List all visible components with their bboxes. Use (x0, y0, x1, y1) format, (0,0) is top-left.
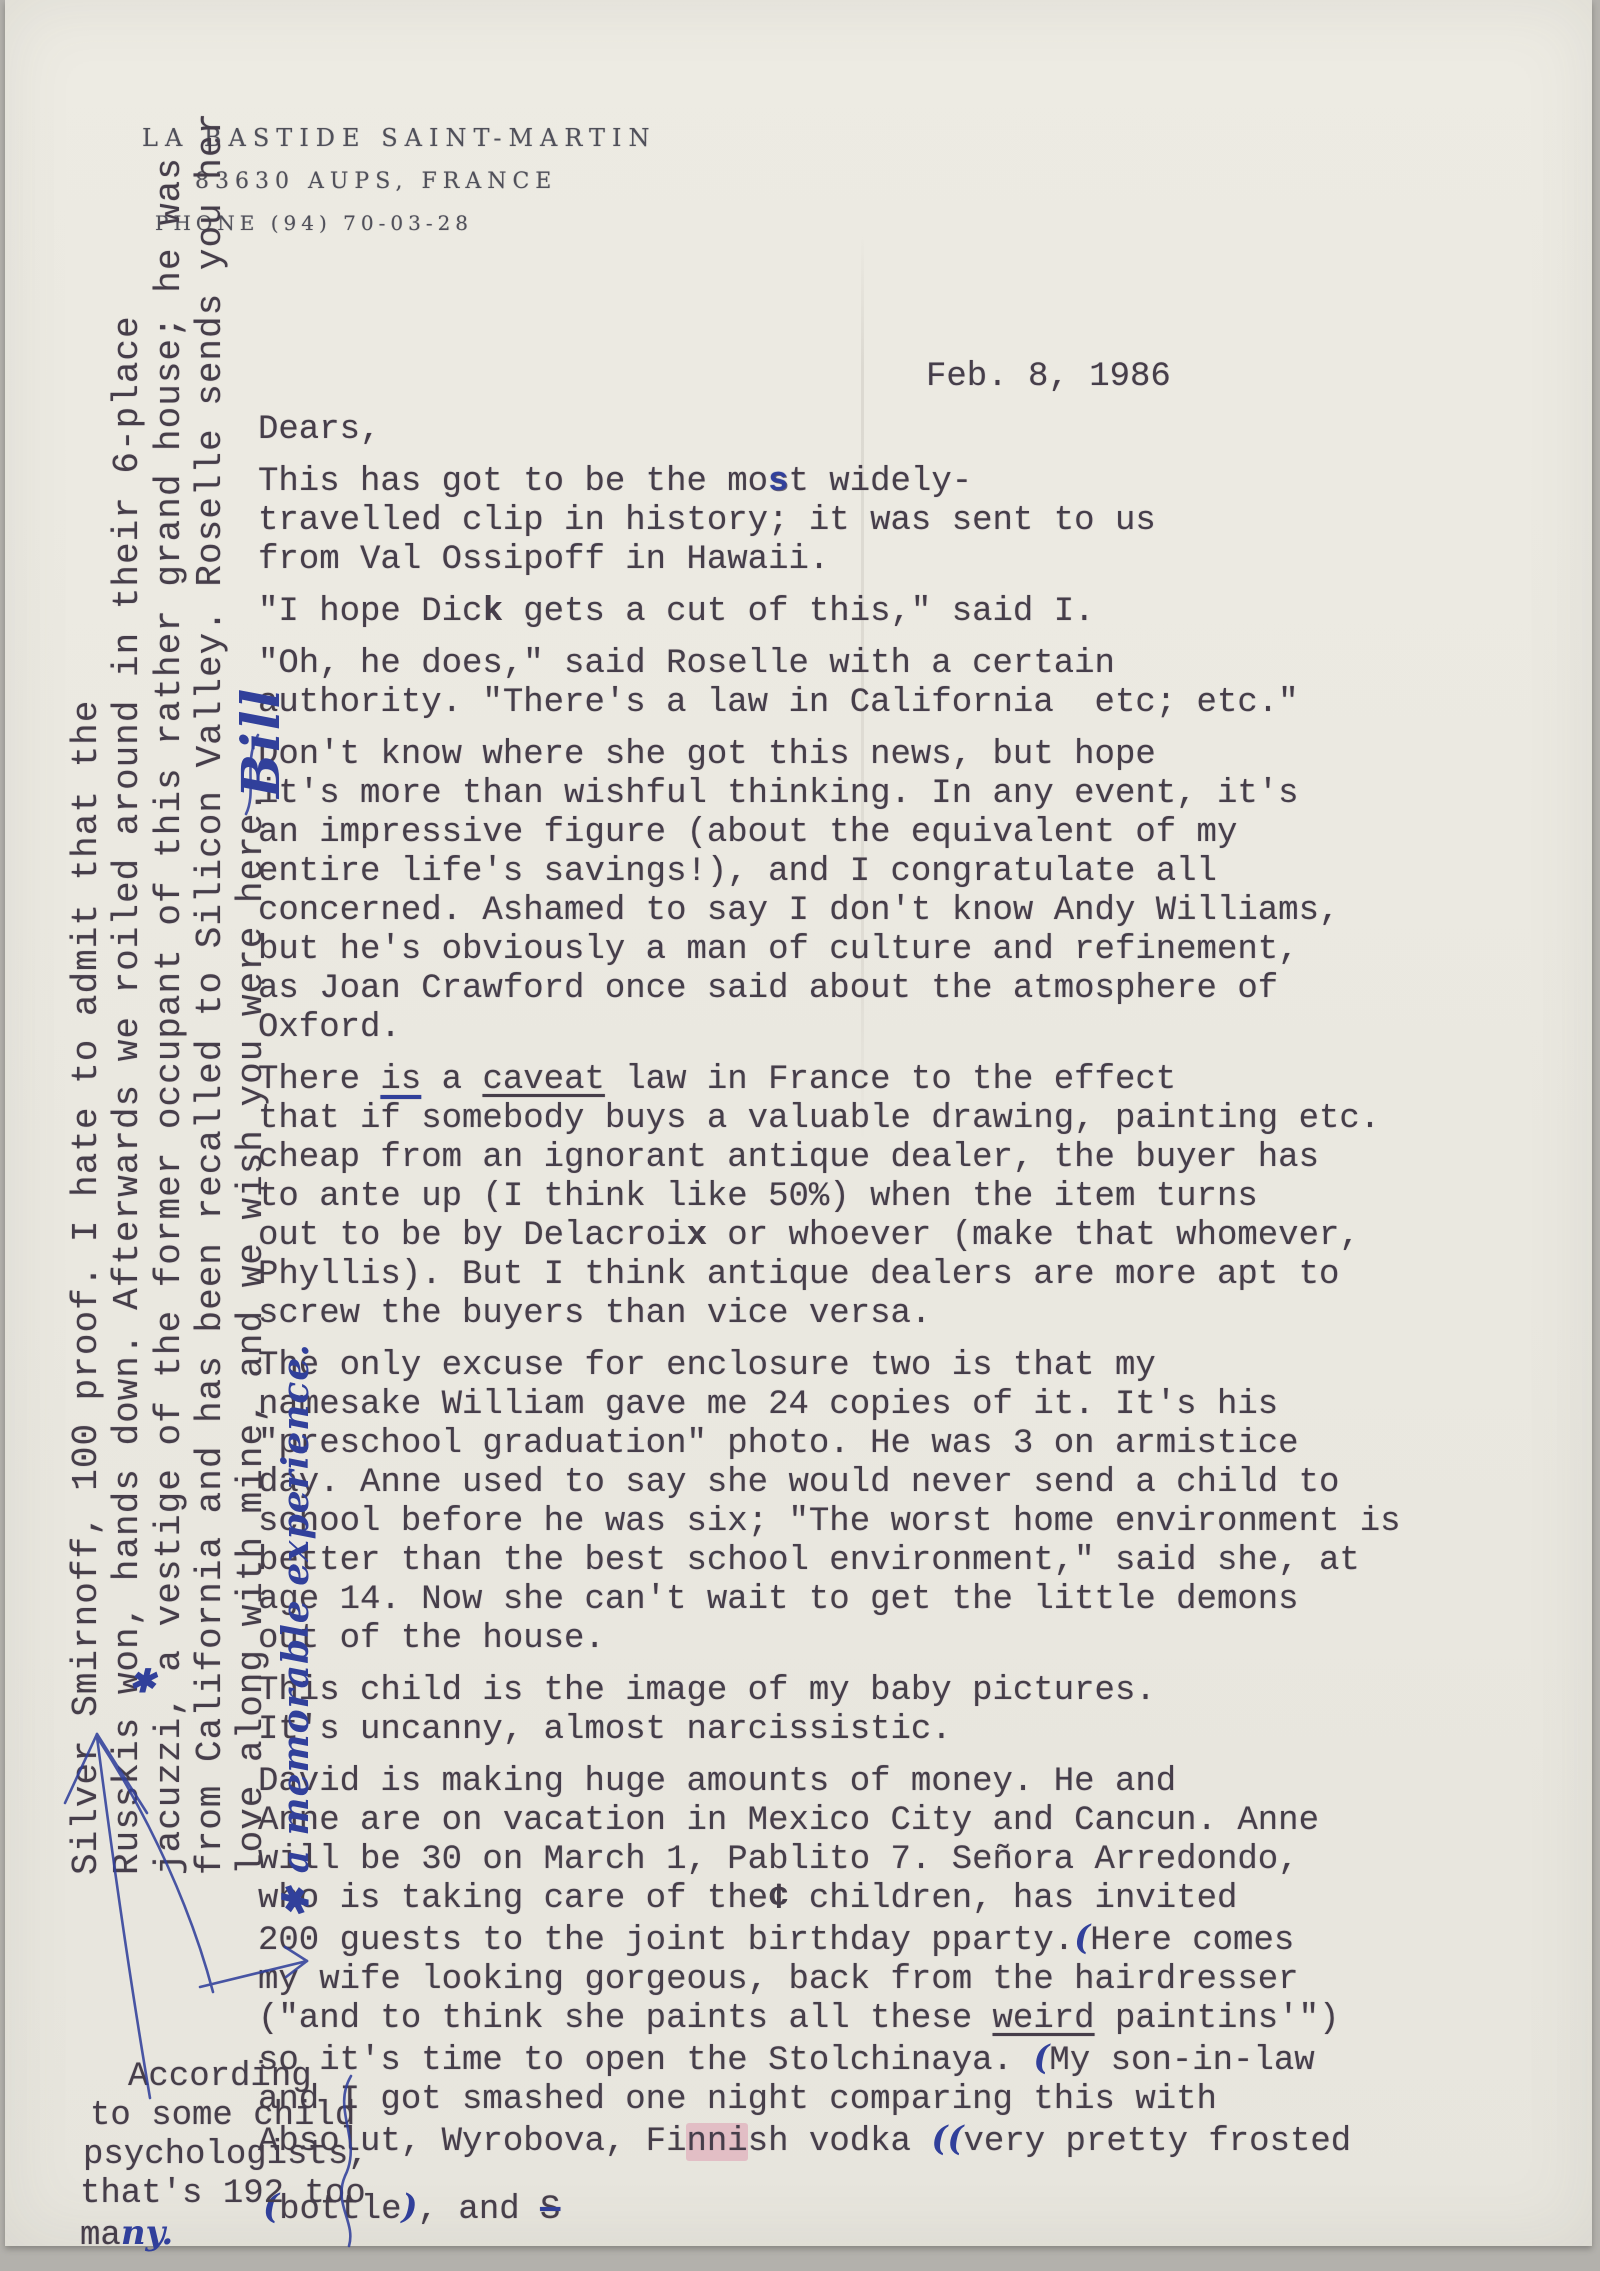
typed-line: so it's time to open the Stolchinaya. (M… (258, 2039, 1593, 2081)
typed-segment: a (421, 1061, 482, 1099)
typed-line: Absolut, Wyrobova, Finnish vodka ((very … (258, 2120, 1593, 2162)
footnote-star-mark: ✱ (129, 1662, 156, 1700)
vertical-typed-line: from California and has been recalled to… (191, 112, 231, 1875)
typed-segment: entire life's savings!), and I congratul… (258, 853, 1217, 891)
vertical-typed-line: love along with mine, and we wish you we… (232, 790, 272, 1875)
typed-line: This child is the image of my baby pictu… (258, 1672, 1593, 1711)
paragraph: There is a caveat law in France to the e… (258, 1061, 1593, 1334)
typed-segment: will be 30 on March 1, Pablito 7. Señora… (258, 1841, 1299, 1879)
typed-line: concerned. Ashamed to say I don't know A… (258, 892, 1593, 931)
typed-line: travelled clip in history; it was sent t… (258, 502, 1593, 541)
paragraph: The only excuse for enclosure two is tha… (258, 1347, 1593, 1659)
typed-segment: Anne are on vacation in Mexico City and … (258, 1802, 1319, 1840)
typed-segment: screw the buyers than vice versa. (258, 1295, 931, 1333)
typed-line: Anne are on vacation in Mexico City and … (258, 1802, 1593, 1841)
typed-segment: to ante up (I think like 50%) when the i… (258, 1178, 1258, 1216)
margin-annotation: ✱ a memorable experience. (275, 1343, 317, 1918)
typed-segment-ob: s (768, 463, 788, 501)
typed-line: an impressive figure (about the equivale… (258, 814, 1593, 853)
vertical-typed-line: Silver Smirnoff, 100 proof. I hate to ad… (67, 700, 107, 1875)
typed-segment: age 14. Now she can't wait to get the li… (258, 1581, 1299, 1619)
corner-note-line: to some child (90, 2097, 369, 2136)
typed-segment: There (258, 1061, 380, 1099)
typed-line: it's more than wishful thinking. In any … (258, 775, 1593, 814)
typed-segment: as Joan Crawford once said about the atm… (258, 970, 1278, 1008)
typed-segment: to some child (90, 2097, 355, 2135)
typed-segment: David is making huge amounts of money. H… (258, 1763, 1176, 1801)
typed-segment-u: caveat (482, 1061, 604, 1099)
letter-page: LA BASTIDE SAINT-MARTIN 83630 AUPS, FRAN… (5, 0, 1592, 2246)
signature-bill: Bill (231, 687, 292, 798)
typed-segment: an impressive figure (about the equivale… (258, 814, 1237, 852)
typed-segment: law in France to the effect (605, 1061, 1176, 1099)
typed-segment: namesake William gave me 24 copies of it… (258, 1386, 1278, 1424)
typed-segment-bh: ( (1074, 1918, 1090, 1958)
typed-segment: , and (418, 2191, 540, 2229)
typed-segment: but he's obviously a man of culture and … (258, 931, 1299, 969)
typed-segment: that's 192 too (80, 2175, 366, 2213)
typed-segment: "Oh, he does," said Roselle with a certa… (258, 645, 1115, 683)
typed-line: from Val Ossipoff in Hawaii. (258, 541, 1593, 580)
typed-segment: Don't know where she got this news, but … (258, 736, 1156, 774)
typed-line: authority. "There's a law in California … (258, 684, 1593, 723)
typed-segment: This has got to be the mo (258, 463, 768, 501)
paragraph: "I hope Dick gets a cut of this," said I… (258, 593, 1593, 632)
typed-segment-bh: ( (1033, 2038, 1049, 2078)
typed-line: entire life's savings!), and I congratul… (258, 853, 1593, 892)
typed-segment: "I hope Dic (258, 593, 482, 631)
typed-segment: t widely- (789, 463, 973, 501)
paragraph: "Oh, he does," said Roselle with a certa… (258, 645, 1593, 723)
vertical-typed-line: jacuzzi, a vestige of the former occupan… (150, 157, 190, 1875)
typed-line: out of the house. (258, 1620, 1593, 1659)
scanned-letter-photo: { "colors": { "paper": "#eae8e0", "typed… (0, 0, 1600, 2271)
salutation: Dears, (258, 411, 1593, 450)
typed-segment: from Val Ossipoff in Hawaii. (258, 541, 829, 579)
typed-segment: ma (80, 2217, 121, 2255)
typed-line: school before he was six; "The worst hom… (258, 1503, 1593, 1542)
typed-segment: Phyllis). But I think antique dealers ar… (258, 1256, 1339, 1294)
typed-segment: Oxford. (258, 1009, 401, 1047)
typed-segment: that if somebody buys a valuable drawing… (258, 1100, 1380, 1138)
corner-note: Accordingto some childpsychologists,that… (80, 2058, 369, 2256)
typed-segment: so it's time to open the Stolchinaya. (258, 2042, 1033, 2080)
typed-segment: my wife looking gorgeous, back from the … (258, 1961, 1299, 1999)
typed-segment-bu: is (380, 1061, 421, 1099)
typed-line: "Oh, he does," said Roselle with a certa… (258, 645, 1593, 684)
typed-segment: day. Anne used to say she would never se… (258, 1464, 1339, 1502)
typed-line: Don't know where she got this news, but … (258, 736, 1593, 775)
letter-body: Feb. 8, 1986 Dears, This has got to be t… (258, 358, 1593, 2230)
typed-segment: ("and to think she paints all these (258, 2000, 993, 2038)
corner-note-line: many. (80, 2214, 369, 2256)
typed-line: Oxford. (258, 1009, 1593, 1048)
typed-line: will be 30 on March 1, Pablito 7. Señora… (258, 1841, 1593, 1880)
paragraph: (bottle), and S (263, 2188, 1593, 2230)
typed-segment: psychologists, (83, 2136, 369, 2174)
typed-line: Phyllis). But I think antique dealers ar… (258, 1256, 1593, 1295)
typed-segment: very pretty frosted (964, 2123, 1352, 2161)
typed-segment-pk: nni (686, 2123, 747, 2161)
typed-segment-bh: ) (402, 2187, 418, 2227)
typed-segment-ot: ¢ (768, 1880, 788, 1918)
typed-segment: better than the best school environment,… (258, 1542, 1360, 1580)
typed-segment-bs: S (540, 2191, 560, 2229)
typed-segment-ot: k (482, 593, 502, 631)
typed-segment: paintins'") (1095, 2000, 1340, 2038)
typed-segment: school before he was six; "The worst hom… (258, 1503, 1401, 1541)
typed-segment: out to be by Delacroi (258, 1217, 686, 1255)
typed-line: ("and to think she paints all these weir… (258, 2000, 1593, 2039)
corner-note-line: According (128, 2058, 369, 2097)
paragraph: Don't know where she got this news, but … (258, 736, 1593, 1048)
typed-segment: travelled clip in history; it was sent t… (258, 502, 1156, 540)
letterhead-address: 83630 AUPS, FRANCE (195, 169, 557, 194)
typed-segment: cheap from an ignorant antique dealer, t… (258, 1139, 1319, 1177)
typed-line: "I hope Dick gets a cut of this," said I… (258, 593, 1593, 632)
corner-note-line: psychologists, (83, 2136, 369, 2175)
typed-line: cheap from an ignorant antique dealer, t… (258, 1139, 1593, 1178)
typed-line: (bottle), and S (263, 2188, 1593, 2230)
typed-segment-ot: x (686, 1217, 706, 1255)
typed-line: but he's obviously a man of culture and … (258, 931, 1593, 970)
typed-segment: who is taking care of the (258, 1880, 768, 1918)
paragraph: This child is the image of my baby pictu… (258, 1672, 1593, 1750)
typed-segment-bh: (( (931, 2119, 963, 2159)
typed-line: The only excuse for enclosure two is tha… (258, 1347, 1593, 1386)
date-line: Feb. 8, 1986 (926, 358, 1593, 397)
typed-segment: sh vodka (748, 2123, 932, 2161)
typed-segment: and I got smashed one night comparing th… (258, 2081, 1217, 2119)
typed-line: that if somebody buys a valuable drawing… (258, 1100, 1593, 1139)
typed-segment-u: weird (993, 2000, 1095, 2038)
paragraph: David is making huge amounts of money. H… (258, 1763, 1593, 2162)
typed-segment-bh: ny. (121, 2213, 173, 2253)
typed-line: my wife looking gorgeous, back from the … (258, 1961, 1593, 2000)
typed-segment: it's more than wishful thinking. In any … (258, 775, 1299, 813)
vertical-typed-line: Russkis won, hands down. Afterwards we r… (108, 315, 148, 1875)
corner-note-line: that's 192 too (80, 2175, 369, 2214)
typed-line: "preschool graduation" photo. He was 3 o… (258, 1425, 1593, 1464)
typed-segment: It's uncanny, almost narcissistic. (258, 1711, 952, 1749)
typed-line: day. Anne used to say she would never se… (258, 1464, 1593, 1503)
typed-segment: children, has invited (789, 1880, 1238, 1918)
typed-segment: The only excuse for enclosure two is tha… (258, 1347, 1156, 1385)
typed-line: and I got smashed one night comparing th… (258, 2081, 1593, 2120)
typed-line: who is taking care of the¢ children, has… (258, 1880, 1593, 1919)
typed-line: screw the buyers than vice versa. (258, 1295, 1593, 1334)
typed-line: 200 guests to the joint birthday pparty.… (258, 1919, 1593, 1961)
typed-line: age 14. Now she can't wait to get the li… (258, 1581, 1593, 1620)
typed-segment: authority. "There's a law in California … (258, 684, 1299, 722)
typed-segment: Here comes (1090, 1922, 1294, 1960)
typed-line: David is making huge amounts of money. H… (258, 1763, 1593, 1802)
typed-line: out to be by Delacroix or whoever (make … (258, 1217, 1593, 1256)
typed-segment: My son-in-law (1049, 2042, 1314, 2080)
typed-line: This has got to be the most widely- (258, 463, 1593, 502)
typed-segment: "preschool graduation" photo. He was 3 o… (258, 1425, 1299, 1463)
typed-line: as Joan Crawford once said about the atm… (258, 970, 1593, 1009)
typed-segment: concerned. Ashamed to say I don't know A… (258, 892, 1339, 930)
typed-line: It's uncanny, almost narcissistic. (258, 1711, 1593, 1750)
typed-line: better than the best school environment,… (258, 1542, 1593, 1581)
typed-line: to ante up (I think like 50%) when the i… (258, 1178, 1593, 1217)
typed-segment: 200 guests to the joint birthday pparty. (258, 1922, 1074, 1960)
typed-segment: This child is the image of my baby pictu… (258, 1672, 1156, 1710)
typed-line: namesake William gave me 24 copies of it… (258, 1386, 1593, 1425)
paragraph: This has got to be the most widely-trave… (258, 463, 1593, 580)
typed-segment: or whoever (make that whomever, (707, 1217, 1360, 1255)
typed-line: There is a caveat law in France to the e… (258, 1061, 1593, 1100)
typed-segment: According (128, 2058, 312, 2096)
typed-segment: gets a cut of this," said I. (503, 593, 1095, 631)
